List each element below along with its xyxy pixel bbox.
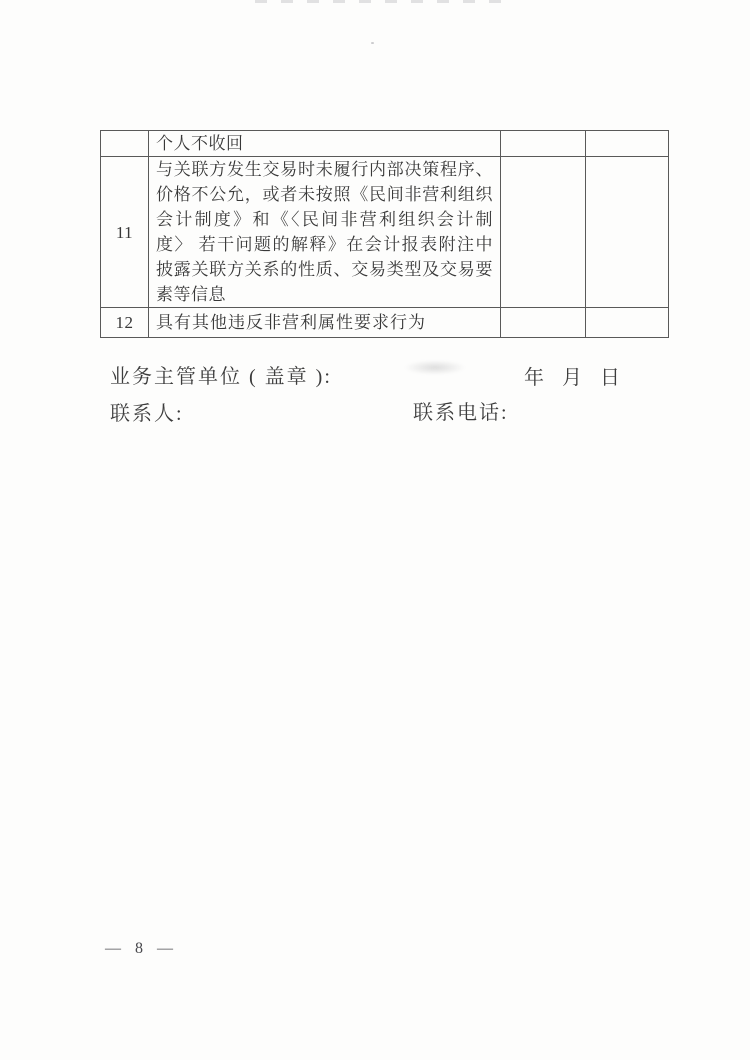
contact-person-label: 联系人: — [110, 397, 184, 426]
row-text-cell: 具有其他违反非营利属性要求行为 — [149, 308, 501, 338]
row-check-cell — [501, 131, 586, 157]
row-remark-cell — [586, 131, 669, 157]
row-text-cell: 个人不收回 — [149, 131, 501, 157]
row-check-cell — [501, 308, 586, 338]
row-remark-cell — [586, 157, 669, 308]
row-check-cell — [501, 157, 586, 308]
row-text-cell: 与关联方发生交易时未履行内部决策程序、价格不公允，或者未按照《民间非营利组织会计… — [149, 157, 501, 308]
contact-phone-label: 联系电话: — [413, 396, 509, 425]
table-row: 12 具有其他违反非营利属性要求行为 — [101, 308, 669, 338]
date-ymd-label: 年 月 日 — [524, 361, 623, 390]
row-number-cell — [101, 131, 149, 157]
scan-artifact-top-edge — [255, 0, 505, 3]
row-number-cell: 11 — [101, 157, 149, 308]
page-number: — 8 — — [105, 940, 178, 958]
table-row: 个人不收回 — [101, 131, 669, 157]
scan-smudge — [404, 360, 466, 375]
table-row: 11 与关联方发生交易时未履行内部决策程序、价格不公允，或者未按照《民间非营利组… — [101, 157, 669, 308]
scan-speck — [371, 42, 374, 44]
row-number-cell: 12 — [101, 308, 149, 338]
row-remark-cell — [586, 308, 669, 338]
checklist-table: 个人不收回 11 与关联方发生交易时未履行内部决策程序、价格不公允，或者未按照《… — [100, 130, 669, 338]
document-page: 个人不收回 11 与关联方发生交易时未履行内部决策程序、价格不公允，或者未按照《… — [0, 0, 750, 1060]
supervisor-unit-seal-label: 业务主管单位 ( 盖章 ): — [110, 360, 332, 389]
